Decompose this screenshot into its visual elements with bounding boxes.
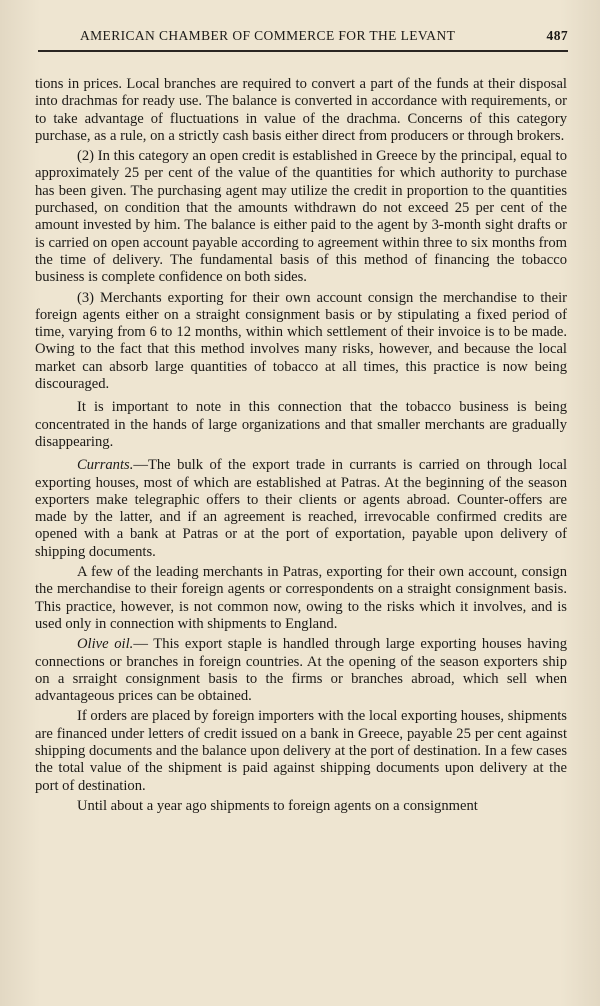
- page-number: 487: [547, 28, 568, 44]
- book-page: AMERICAN CHAMBER OF COMMERCE FOR THE LEV…: [0, 0, 600, 1006]
- paragraph-currants: Currants.—The bulk of the export trade i…: [35, 457, 567, 561]
- paragraph-patras-merchants: A few of the leading merchants in Patras…: [35, 564, 567, 633]
- running-header-title: AMERICAN CHAMBER OF COMMERCE FOR THE LEV…: [80, 28, 455, 44]
- body-text: tions in prices. Local branches are requ…: [35, 76, 567, 818]
- paragraph-concentration-note: It is important to note in this connecti…: [35, 399, 567, 451]
- paragraph-continued: tions in prices. Local branches are requ…: [35, 76, 567, 145]
- paragraph-olive-oil: Olive oil.— This export staple is handle…: [35, 636, 567, 705]
- paragraph-consignment-history: Until about a year ago shipments to fore…: [35, 798, 567, 815]
- paragraph-foreign-orders: If orders are placed by foreign importer…: [35, 708, 567, 794]
- running-header: AMERICAN CHAMBER OF COMMERCE FOR THE LEV…: [38, 28, 568, 44]
- section-lead-olive-oil: Olive oil.: [77, 636, 133, 652]
- paragraph-category-3: (3) Merchants exporting for their own ac…: [35, 290, 567, 394]
- section-lead-currants: Currants.: [77, 457, 133, 473]
- paragraph-category-2: (2) In this category an open credit is e…: [35, 148, 567, 286]
- header-rule: [38, 50, 568, 52]
